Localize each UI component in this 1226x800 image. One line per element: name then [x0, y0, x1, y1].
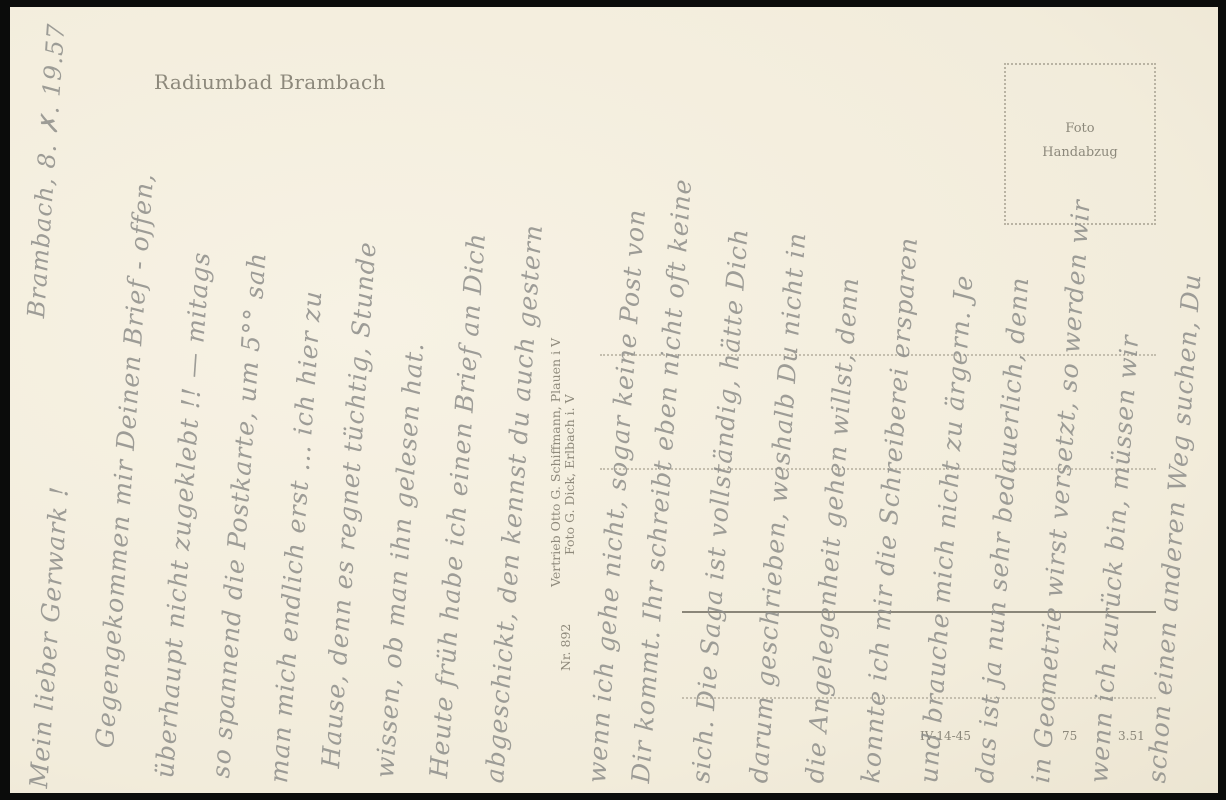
handwriting-line: überhaupt nicht zugeklebt !! — mitags [150, 251, 216, 779]
handwriting-line: Mein lieber Gerwark ! [24, 485, 74, 789]
postcard-title: Radiumbad Brambach [154, 70, 386, 94]
publisher-line-2: Foto G. Dick, Erlbach i. V [562, 394, 577, 555]
handwriting-line: sich. Die Saga ist vollständig, hätte Di… [686, 227, 754, 784]
postcard-back: Radiumbad Brambach Nr. 892 Vertrieb Otto… [10, 7, 1218, 793]
print-code-mid: 75 [1062, 729, 1077, 743]
handwriting-line: die Angelegenheit gehen willst, denn [800, 276, 864, 784]
handwriting-date: Brambach, 8. ✗. 19.57 [22, 22, 71, 319]
stamp-text-handabzug: Handabzug [1006, 145, 1154, 160]
handwriting-line: wenn ich zurück bin, müssen wir [1084, 334, 1144, 784]
address-line-3 [682, 611, 1156, 613]
publisher-line-1: Vertrieb Otto G. Schiffmann, Plauen i V [548, 338, 563, 587]
handwriting-line: und brauche mich nicht zu ärgern. Je [914, 274, 978, 784]
handwriting-line: so spannend die Postkarte, um 5°° sah [206, 251, 272, 779]
handwriting-line: darum geschrieben, weshalb Du nicht in [744, 231, 811, 784]
handwriting-line: schon einen anderen Weg suchen, Du [1142, 273, 1207, 785]
handwriting-line: abgeschickt, den kennst du auch gestern [480, 223, 548, 784]
stamp-text-foto: Foto [1006, 121, 1154, 136]
print-code-right: 3.51 [1118, 729, 1145, 743]
postcard-number: Nr. 892 [558, 624, 573, 671]
handwriting-line: Gegengekommen mir Deinen Brief - offen, [90, 172, 159, 749]
handwriting-line: Hause, denn es regnet tüchtig, Stunde [316, 240, 382, 769]
handwriting-line: man mich endlich erst ... ich hier zu [264, 289, 327, 784]
handwriting-line: konnte ich mir die Schreiberei ersparen [856, 236, 923, 784]
handwriting-line: wissen, ob man ihn gelesen hat. [370, 341, 429, 779]
handwriting-line: Heute früh habe ich einen Brief an Dich [424, 232, 491, 779]
handwriting-line: das ist ja nun sehr bedauerlich, denn [970, 276, 1034, 784]
